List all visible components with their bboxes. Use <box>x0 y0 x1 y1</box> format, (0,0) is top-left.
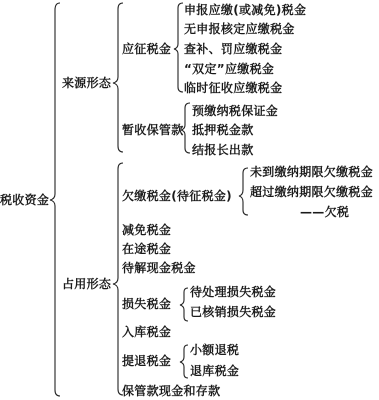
node-warehoused-tax: 入库税金 <box>122 325 171 339</box>
root-brace <box>50 3 60 396</box>
leaf-temporary-levy-tax: 临时征收应缴税金 <box>184 81 282 95</box>
node-in-transit-tax: 在途税金 <box>122 242 171 256</box>
leaf-overdue-arrears: 超过缴纳期限欠缴税金 <box>250 185 373 199</box>
leaf-mortgage-tax: 抵押税金款 <box>192 123 254 137</box>
leaf-assessed-tax: 无申报核定应缴税金 <box>184 22 295 36</box>
leaf-tax-owed: ——欠税 <box>300 205 349 219</box>
node-loss-tax: 损失税金 <box>122 297 171 311</box>
node-exempted-tax: 减免税金 <box>122 223 171 237</box>
leaf-supplementary-tax: 查补、罚应缴税金 <box>184 42 282 56</box>
branch-source-form: 来源形态 <box>62 76 111 90</box>
leaf-not-due-arrears: 未到缴纳期限欠缴税金 <box>250 165 373 179</box>
tax-funds-classification-diagram: 税收资金 来源形态 应征税金 申报应缴(或减免)税金 无申报核定应缴税金 查补、… <box>0 0 379 400</box>
leaf-pending-loss: 待处理损失税金 <box>190 285 276 299</box>
node-custody-cash-deposits: 保管款现金和存款 <box>122 384 220 398</box>
root-label: 税收资金 <box>0 193 49 207</box>
leaf-declared-tax: 申报应缴(或减免)税金 <box>184 3 306 17</box>
node-receivable-tax: 应征税金 <box>122 42 171 56</box>
leaf-prepaid-deposit: 预缴纳税保证金 <box>192 104 278 118</box>
refund-tax-brace <box>180 345 188 378</box>
arrears-tax-brace <box>239 168 248 215</box>
leaf-written-off-loss: 已核销损失税金 <box>190 305 276 319</box>
leaf-fixed-quota-tax: “双定”应缴税金 <box>184 62 274 76</box>
node-refund-tax: 提退税金 <box>122 354 171 368</box>
leaf-small-refund: 小额退税 <box>190 343 239 357</box>
leaf-treasury-refund: 退库税金 <box>190 364 239 378</box>
node-arrears-tax: 欠缴税金(待征税金) <box>122 189 232 203</box>
leaf-settlement-surplus: 结报长出款 <box>192 143 254 157</box>
node-temporary-custody: 暂收保管款 <box>122 123 184 137</box>
loss-tax-brace <box>180 288 188 321</box>
receivable-tax-brace <box>174 3 183 92</box>
branch-occupied-form: 占用形态 <box>62 277 111 291</box>
node-cash-pending-tax: 待解现金税金 <box>122 261 196 275</box>
